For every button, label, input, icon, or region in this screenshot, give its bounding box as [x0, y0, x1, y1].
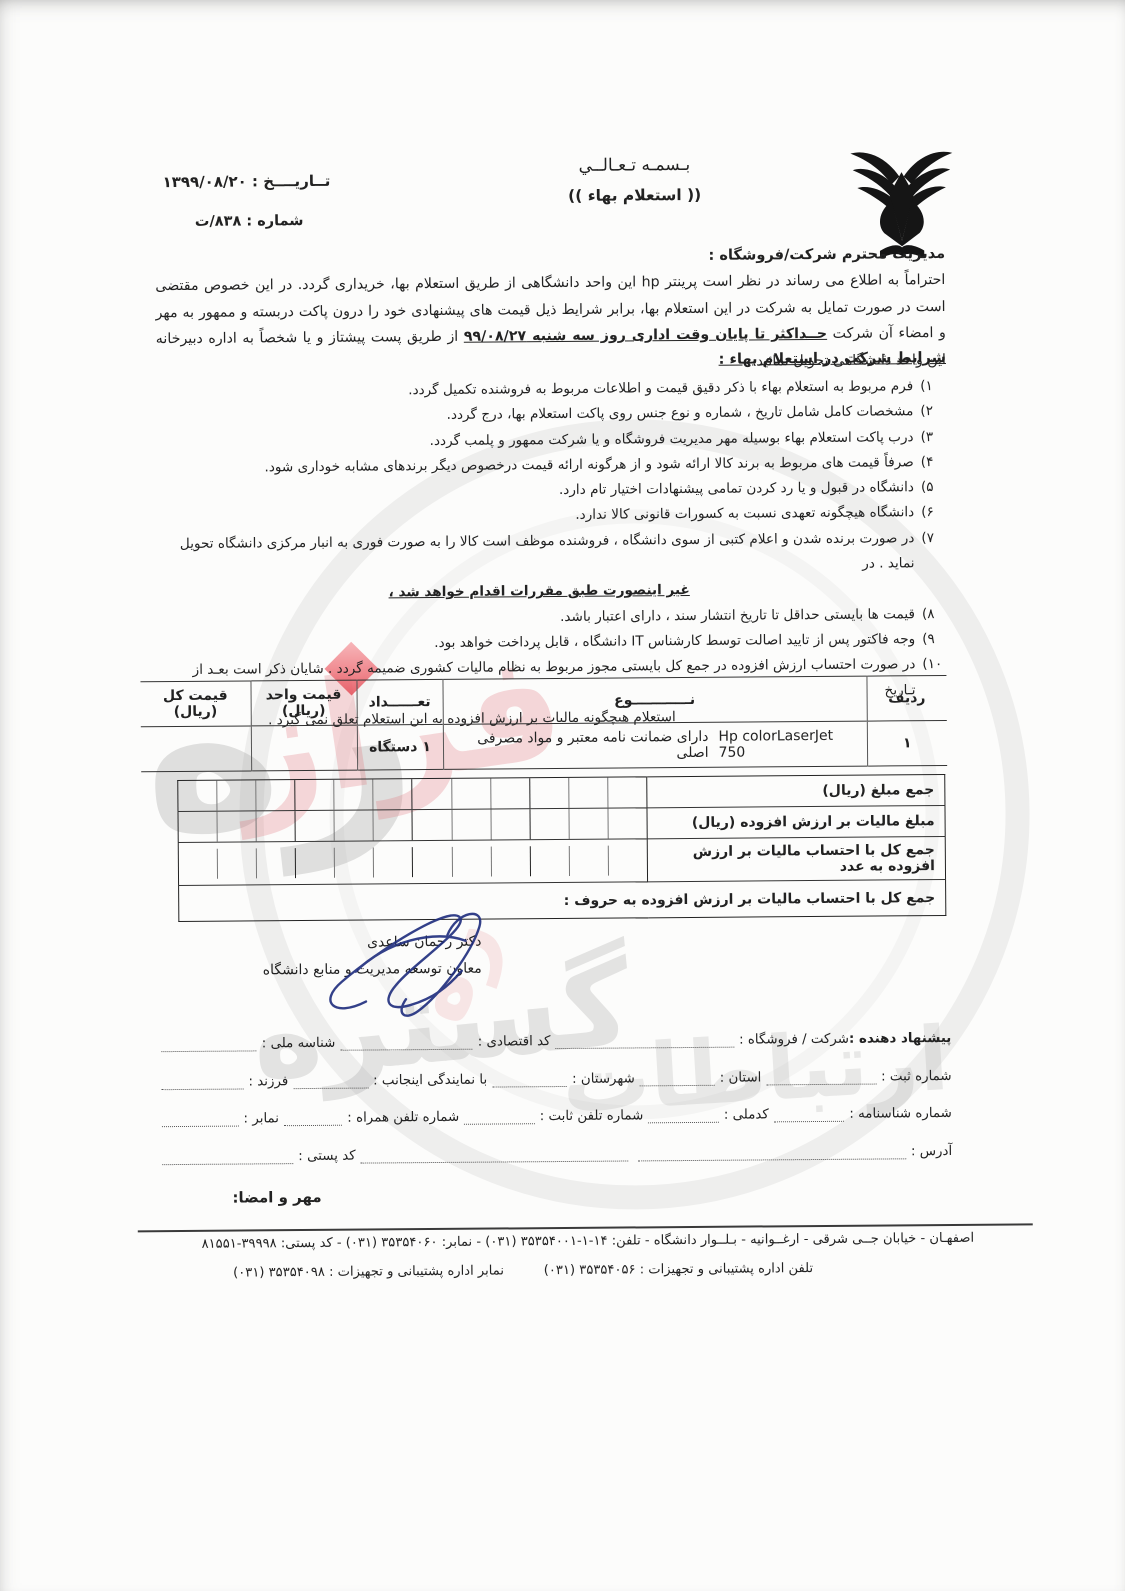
form-label: آدرس : — [911, 1144, 952, 1159]
form-label: فرزند : — [248, 1074, 288, 1089]
amount-digit-cell — [178, 781, 217, 811]
amount-digit-cell — [570, 846, 609, 876]
amount-digit-cell — [452, 810, 491, 840]
form-label: کد پستی : — [298, 1149, 355, 1164]
number-label: شماره : — [246, 213, 303, 229]
header-unit-price: قیمت واحد (ریال) — [250, 680, 356, 726]
amount-digit-cell — [530, 846, 569, 876]
salutation: مدیریت محترم شرکت/فروشگاه : — [155, 245, 945, 268]
condition-number: ۴) — [921, 450, 949, 476]
condition-number: ۵) — [921, 475, 949, 501]
totals-row: جمع کل با احتساب مالیات بر ارزش افزوده ب… — [178, 836, 945, 885]
amount-digit-cell — [413, 810, 452, 840]
bidder-row-3: شماره شناسنامه : کدملی : شماره تلفن ثابت… — [162, 1106, 952, 1127]
condition-number: ۷) — [921, 526, 950, 602]
amount-digit-cell — [335, 810, 374, 840]
form-label: شناسه ملی : — [262, 1036, 336, 1052]
dotted-line — [340, 1037, 473, 1051]
header-row-number: ردیف — [866, 675, 946, 721]
amount-digit-cell — [335, 847, 374, 877]
form-label: با نمایندگی اینجانب : — [373, 1073, 487, 1089]
cell-unit-price — [251, 725, 357, 771]
totals-label: جمع کل با احتساب مالیات بر ارزش افزوده ب… — [647, 836, 945, 881]
bidder-row-1: پیشنهاد دهنده : شرکت / فروشگاه : کد اقتص… — [161, 1031, 951, 1052]
amount-digit-cell — [295, 780, 334, 810]
date-line: تــاریــــخ : ۱۳۹۹/۰۸/۲۰ — [162, 172, 330, 191]
bismillah-text: بـسمـه تـعـالــي — [499, 154, 769, 176]
dotted-line — [162, 1077, 244, 1091]
amount-digit-cell — [452, 779, 491, 809]
condition-item: ۷) در صورت برنده شدن و اعلام کتبی از سوی… — [157, 526, 950, 608]
amount-digit-cell — [179, 849, 218, 879]
form-label: شماره ثبت : — [881, 1069, 952, 1085]
dotted-line — [293, 1076, 368, 1090]
totals-amount-grid — [178, 777, 647, 812]
totals-label: جمع مبلغ (ریال) — [647, 774, 945, 807]
amount-digit-cell — [530, 809, 569, 839]
amount-digit-cell — [608, 808, 646, 838]
cell-total-price — [141, 726, 251, 772]
amount-digit-cell — [218, 811, 257, 841]
document-title: (( استعلام بهاء )) — [500, 185, 770, 205]
form-label: شماره شناسنامه : — [849, 1106, 952, 1122]
number-line: شماره : ۸۳۸/ت — [195, 213, 304, 230]
form-label: پیشنهاد دهنده : — [849, 1031, 951, 1047]
condition-number: ۳) — [920, 425, 948, 451]
condition-number: ۶) — [921, 500, 949, 526]
form-label: شماره تلفن ثابت : — [540, 1108, 644, 1124]
amount-digit-cell — [374, 810, 413, 840]
bidder-row-2: شماره ثبت : استان : شهرستان : با نمایندگ… — [162, 1069, 952, 1090]
form-label: کدملی : — [724, 1107, 769, 1122]
amount-digit-cell — [491, 778, 530, 808]
amount-digit-cell — [608, 777, 646, 807]
table-row: ۱ Hp colorLaserJet 750 دارای ضمانت نامه … — [141, 720, 947, 771]
form-label: شهرستان : — [572, 1071, 635, 1086]
condition-number: ۱) — [920, 374, 948, 400]
dotted-line — [284, 1113, 342, 1126]
totals-amount-grid — [178, 839, 647, 886]
footer-support-phone: تلفن اداره پشتیبانی و تجهیزات : ۳۵۳۵۴۰۵۶… — [544, 1261, 813, 1278]
header-total-price: قیمت کل (ریال) — [140, 681, 250, 727]
seal-and-signature-label: مهر و امضا: — [232, 1188, 321, 1207]
header-type: نــــــــــــوع — [442, 676, 866, 724]
form-label: استان : — [720, 1070, 762, 1085]
dotted-line — [361, 1148, 629, 1163]
dotted-line — [555, 1035, 734, 1049]
footer-address: اصفهـان - خیابان جــی شرقی - ارغــوانیه … — [143, 1230, 1033, 1252]
dotted-line — [492, 1074, 567, 1088]
form-label: کد اقتصادی : — [478, 1034, 551, 1050]
amount-digit-cell — [569, 778, 608, 808]
item-model-en: Hp colorLaserJet 750 — [718, 728, 858, 761]
form-label: شماره تلفن همراه : — [347, 1110, 459, 1126]
number-value: ۸۳۸/ت — [195, 214, 242, 230]
header-quantity: تعــــــداد — [356, 679, 442, 725]
date-value: ۱۳۹۹/۰۸/۲۰ — [162, 172, 246, 191]
document-sheet: ره گستره ارتباطات فراز ره بـسمـه تـعـالـ… — [0, 0, 1125, 1591]
amount-digit-cell — [374, 779, 413, 809]
amount-digit-cell — [257, 848, 296, 878]
cell-row-number: ۱ — [867, 720, 947, 766]
amount-digit-cell — [257, 811, 296, 841]
amount-digit-cell — [609, 845, 647, 875]
dotted-line — [774, 1109, 845, 1123]
amount-digit-cell — [491, 846, 530, 876]
amount-digit-cell — [491, 809, 530, 839]
dotted-line — [162, 1151, 293, 1165]
amount-digit-cell — [335, 779, 374, 809]
amount-digit-cell — [296, 811, 335, 841]
condition-number: ۸) — [922, 602, 950, 628]
amount-digit-cell — [530, 778, 569, 808]
footer-contacts: تلفن اداره پشتیبانی و تجهیزات : ۳۵۳۵۴۰۵۶… — [233, 1261, 813, 1281]
dotted-line — [766, 1072, 876, 1086]
items-table: ردیف نــــــــــــوع تعــــــداد قیمت وا… — [140, 675, 947, 772]
amount-digit-cell — [569, 809, 608, 839]
letter-body-deadline: حــداکثر تا پایان وقت اداری روز سه شنبه … — [464, 326, 827, 345]
condition-text: در صورت برنده شدن و اعلام کتبی از سوی دا… — [157, 526, 915, 608]
amount-digit-cell — [256, 780, 295, 810]
bidder-row-4: آدرس : کد پستی : — [162, 1144, 952, 1165]
dotted-line — [464, 1111, 535, 1125]
amount-digit-cell — [178, 812, 217, 842]
items-table-header: ردیف نــــــــــــوع تعــــــداد قیمت وا… — [140, 675, 946, 726]
form-label: نمابر : — [243, 1111, 279, 1126]
amount-digit-cell — [413, 779, 452, 809]
condition-text-line1: در صورت برنده شدن و اعلام کتبی از سوی دا… — [157, 526, 914, 583]
dotted-line — [640, 1073, 715, 1087]
totals-amount-grid — [178, 808, 647, 843]
totals-label: مبلغ مالیات بر ارزش افزوده (ریال) — [647, 805, 945, 838]
dotted-line — [638, 1146, 906, 1161]
amount-digit-cell — [452, 847, 491, 877]
amount-digit-cell — [218, 848, 257, 878]
amount-digit-cell — [413, 847, 452, 877]
cell-type: Hp colorLaserJet 750 دارای ضمانت نامه مع… — [443, 721, 867, 769]
scanned-document-page: ره گستره ارتباطات فراز ره بـسمـه تـعـالـ… — [0, 0, 1125, 1591]
item-description-fa: دارای ضمانت نامه معتبر و مواد مصرفی اصلی — [451, 729, 708, 763]
condition-number: ۲) — [920, 399, 948, 425]
form-label: شرکت / فروشگاه : — [739, 1032, 849, 1048]
cell-quantity: ۱ دستگاه — [357, 724, 443, 770]
amount-digit-cell — [374, 847, 413, 877]
footer-support-fax: نمابر اداره پشتیبانی و تجهیزات : ۳۵۳۵۴۰۹… — [233, 1263, 504, 1280]
amount-digit-cell — [296, 848, 335, 878]
dotted-line — [162, 1114, 239, 1128]
date-label: تــاریــــخ : — [252, 172, 330, 191]
amount-digit-cell — [217, 780, 256, 810]
handwritten-signature — [295, 900, 576, 1022]
dotted-line — [648, 1110, 719, 1124]
dotted-line — [161, 1038, 257, 1052]
condition-number: ۹) — [922, 627, 950, 653]
